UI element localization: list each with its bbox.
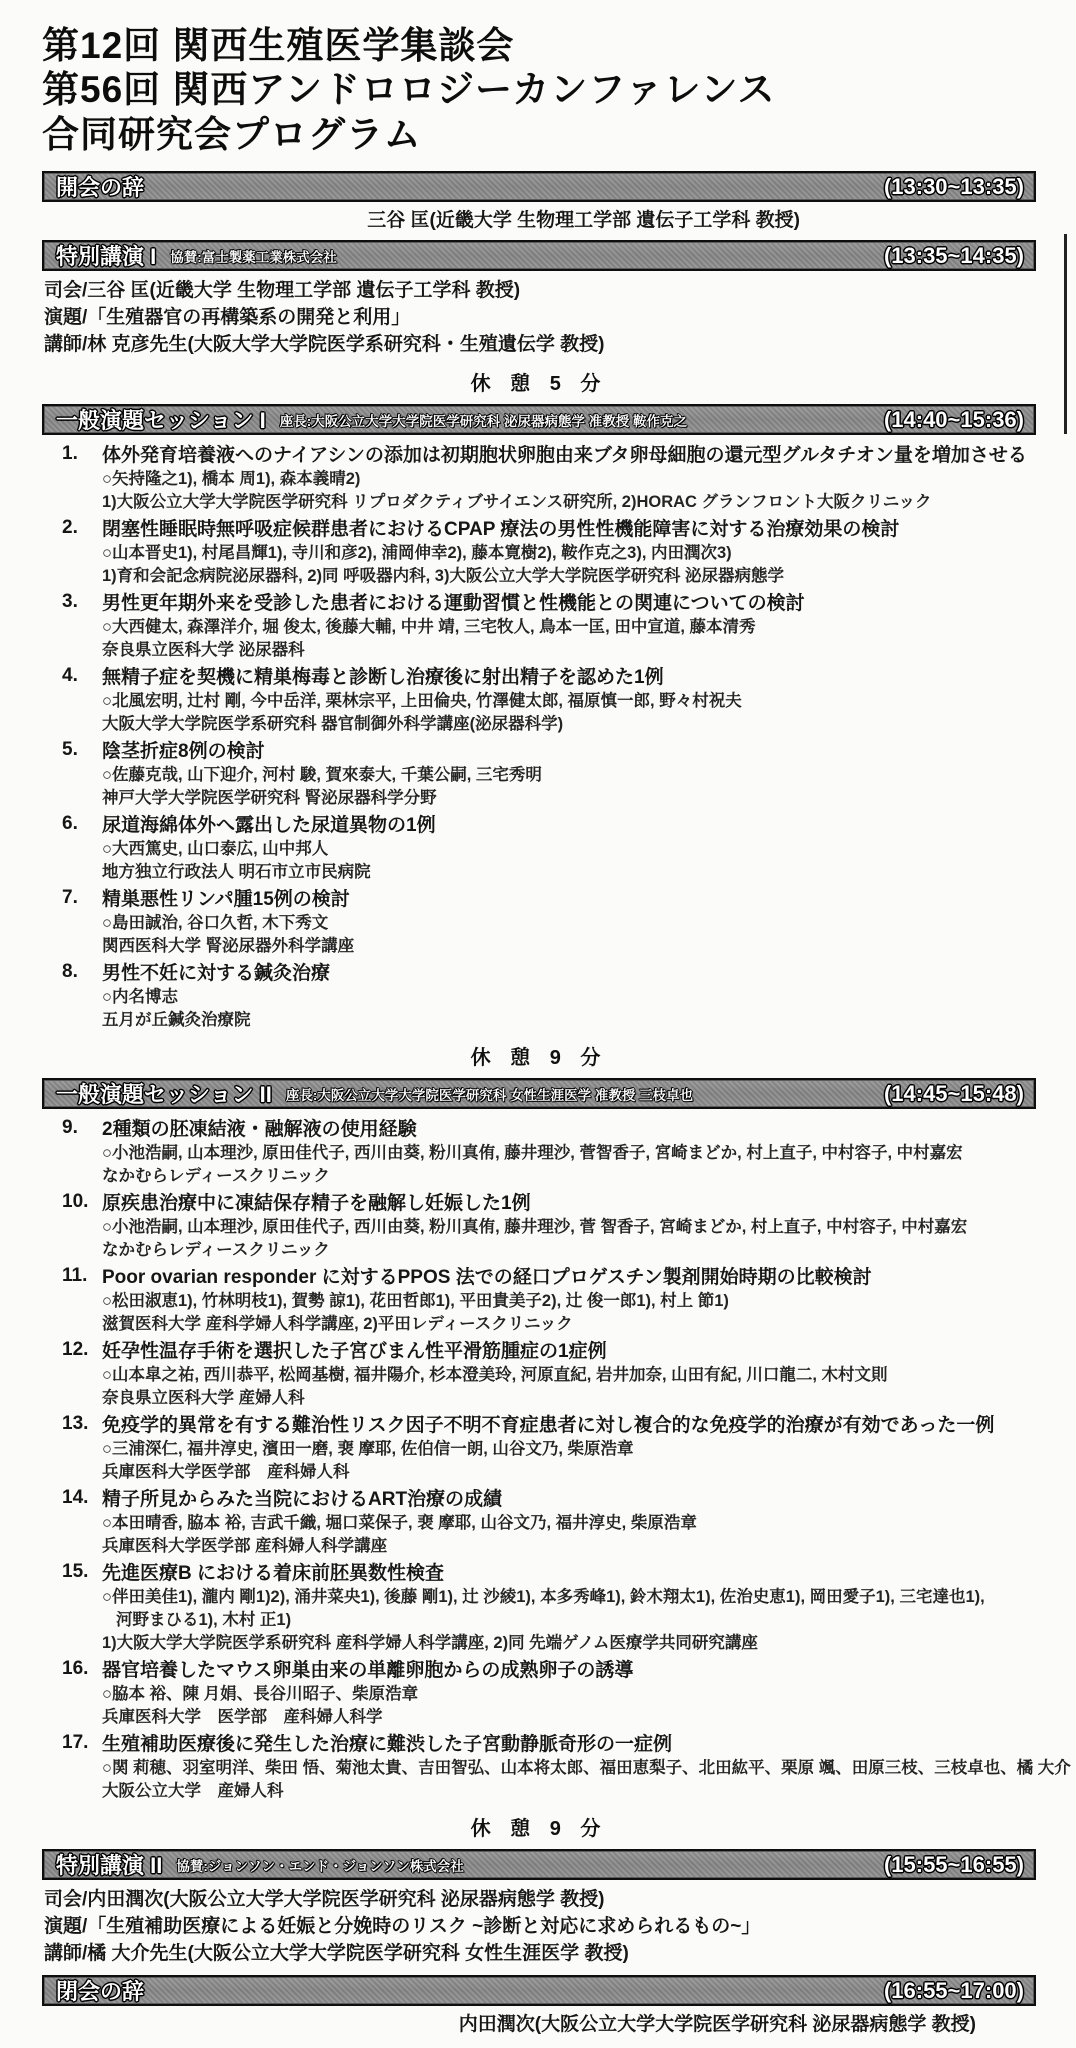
opening-section-title: 開会の辞 xyxy=(56,171,144,202)
lecture2-section-title: 特別講演 II xyxy=(56,1849,162,1880)
session1-chair: 座長:大阪公立大学大学院医学研究科 泌尿器病態学 准教授 鞍作克之 xyxy=(280,410,687,430)
main-title: 第12回 関西生殖医学集談会 第56回 関西アンドロロジーカンファレンス 合同研… xyxy=(42,24,1038,157)
abstract-number: 5. xyxy=(62,739,78,761)
abstract-number: 7. xyxy=(62,887,78,909)
abstract-title: 原疾患治療中に凍結保存精子を融解し妊娠した1例 xyxy=(102,1191,1038,1216)
closing-section-title: 閉会の辞 xyxy=(56,1975,144,2006)
session2-section-title: 一般演題セッション II xyxy=(56,1078,272,1109)
abstract-affiliation: 1)大阪公立大学大学院医学研究科 リプロダクティブサイエンス研究所, 2)HOR… xyxy=(102,491,1038,514)
section-bar-closing: 閉会の辞 (16:55~17:00) xyxy=(42,1975,1036,2006)
abstract-number: 4. xyxy=(62,665,78,687)
abstract-number: 15. xyxy=(62,1561,88,1583)
abstract-item-15: 15. 先進医療B における着床前胚異数性検査 ○伴田美佳1), 瀧内 剛1)2… xyxy=(40,1561,1038,1655)
abstract-authors: ○松田淑恵1), 竹林明枝1), 賀勢 諒1), 花田哲郎1), 平田貴美子2)… xyxy=(102,1290,1038,1313)
break-3: 休 憩 9 分 xyxy=(40,1812,1038,1841)
abstract-affiliation: 奈良県立医科大学 泌尿器科 xyxy=(102,639,1038,662)
abstract-title: 2種類の胚凍結液・融解液の使用経験 xyxy=(102,1117,1038,1142)
abstract-authors: ○本田晴香, 脇本 裕, 吉武千織, 堀口菜保子, 裵 摩耶, 山谷文乃, 福井… xyxy=(102,1512,1038,1535)
abstract-item-5: 5. 陰茎折症8例の検討 ○佐藤克哉, 山下迎介, 河村 駿, 賀來泰大, 千葉… xyxy=(40,739,1038,810)
abstract-number: 13. xyxy=(62,1413,88,1435)
abstract-authors: ○脇本 裕、陳 月娟、長谷川昭子、柴原浩章 xyxy=(102,1683,1038,1706)
lecture2-topic: 演題/「生殖補助医療による妊娠と分娩時のリスク ~診断と対応に求められるもの~」 xyxy=(44,1913,1038,1940)
lecture1-section-time: (13:35~14:35) xyxy=(884,243,1024,269)
lecture1-sponsor: 協賛:富士製薬工業株式会社 xyxy=(170,246,337,266)
abstract-authors: ○山本晋史1), 村尾昌輝1), 寺川和彦2), 浦岡伸幸2), 藤本寛樹2),… xyxy=(102,542,1038,565)
abstract-number: 1. xyxy=(62,443,78,465)
lecture2-details: 司会/内田潤次(大阪公立大学大学院医学研究科 泌尿器病態学 教授) 演題/「生殖… xyxy=(44,1886,1038,1967)
abstract-number: 8. xyxy=(62,961,78,983)
abstract-title: 生殖補助医療後に発生した治療に難渋した子宮動静脈奇形の一症例 xyxy=(102,1732,1038,1757)
lecture1-lecturer: 講師/林 克彦先生(大阪大学大学院医学系研究科・生殖遺伝学 教授) xyxy=(44,331,1038,358)
lecture2-sponsor: 協賛:ジョンソン・エンド・ジョンソン株式会社 xyxy=(176,1855,463,1875)
abstract-number: 3. xyxy=(62,591,78,613)
abstract-affiliation: 地方独立行政法人 明石市立市民病院 xyxy=(102,861,1038,884)
abstract-item-8: 8. 男性不妊に対する鍼灸治療 ○内名博志 五月が丘鍼灸治療院 xyxy=(40,961,1038,1032)
session1-section-time: (14:40~15:36) xyxy=(884,407,1024,433)
abstract-number: 9. xyxy=(62,1117,78,1139)
lecture2-moderator: 司会/内田潤次(大阪公立大学大学院医学研究科 泌尿器病態学 教授) xyxy=(44,1886,1038,1913)
break-1: 休 憩 5 分 xyxy=(40,367,1038,396)
abstract-item-17: 17. 生殖補助医療後に発生した治療に難渋した子宮動静脈奇形の一症例 ○関 莉穂… xyxy=(40,1732,1038,1803)
opening-speaker: 三谷 匡(近畿大学 生物理工学部 遺伝子工学科 教授) xyxy=(40,208,1038,234)
abstract-item-16: 16. 器官培養したマウス卵巣由来の単離卵胞からの成熟卵子の誘導 ○脇本 裕、陳… xyxy=(40,1658,1038,1729)
abstract-item-14: 14. 精子所見からみた当院におけるART治療の成績 ○本田晴香, 脇本 裕, … xyxy=(40,1487,1038,1558)
abstract-item-4: 4. 無精子症を契機に精巣梅毒と診断し治療後に射出精子を認めた1例 ○北風宏明,… xyxy=(40,665,1038,736)
abstract-authors: ○大西篤史, 山口泰広, 山中邦人 xyxy=(102,838,1038,861)
abstract-title: 先進医療B における着床前胚異数性検査 xyxy=(102,1561,1038,1586)
abstract-affiliation: 大阪大学大学院医学系研究科 器官制御外科学講座(泌尿器科学) xyxy=(102,713,1038,736)
abstract-item-1: 1. 体外発育培養液へのナイアシンの添加は初期胞状卵胞由来ブタ卵母細胞の還元型グ… xyxy=(40,443,1038,514)
abstract-affiliation: 奈良県立医科大学 産婦人科 xyxy=(102,1387,1038,1410)
abstract-title: 無精子症を契機に精巣梅毒と診断し治療後に射出精子を認めた1例 xyxy=(102,665,1038,690)
session2-chair: 座長:大阪公立大学大学院医学研究科 女性生涯医学 准教授 三枝卓也 xyxy=(286,1084,693,1104)
section-bar-session1: 一般演題セッション I 座長:大阪公立大学大学院医学研究科 泌尿器病態学 准教授… xyxy=(42,404,1036,435)
section-bar-session2: 一般演題セッション II 座長:大阪公立大学大学院医学研究科 女性生涯医学 准教… xyxy=(42,1078,1036,1109)
abstract-item-12: 12. 妊孕性温存手術を選択した子宮びまん性平滑筋腫症の1症例 ○山本皐之祐, … xyxy=(40,1339,1038,1410)
session2-section-time: (14:45~15:48) xyxy=(884,1081,1024,1107)
abstract-number: 11. xyxy=(62,1265,87,1287)
abstract-item-9: 9. 2種類の胚凍結液・融解液の使用経験 ○小池浩嗣, 山本理沙, 原田佳代子,… xyxy=(40,1117,1038,1188)
abstract-authors: ○北風宏明, 辻村 剛, 今中岳洋, 栗林宗平, 上田倫央, 竹澤健太郎, 福原… xyxy=(102,690,1038,713)
abstract-authors: ○大西健太, 森澤洋介, 堀 俊太, 後藤大輔, 中井 靖, 三宅牧人, 鳥本一… xyxy=(102,616,1038,639)
abstract-authors: ○内名博志 xyxy=(102,986,1038,1009)
abstract-affiliation: 五月が丘鍼灸治療院 xyxy=(102,1009,1038,1032)
abstract-title: 男性更年期外来を受診した患者における運動習慣と性機能との関連についての検討 xyxy=(102,591,1038,616)
abstract-number: 16. xyxy=(62,1658,88,1680)
abstract-item-2: 2. 閉塞性睡眠時無呼吸症候群患者におけるCPAP 療法の男性性機能障害に対する… xyxy=(40,517,1038,588)
section-bar-opening: 開会の辞 (13:30~13:35) xyxy=(42,171,1036,202)
abstract-title: 陰茎折症8例の検討 xyxy=(102,739,1038,764)
abstract-affiliation: 滋賀医科大学 産科学婦人科学講座, 2)平田レディースクリニック xyxy=(102,1313,1038,1336)
section-bar-lecture2: 特別講演 II 協賛:ジョンソン・エンド・ジョンソン株式会社 (15:55~16… xyxy=(42,1849,1036,1880)
abstract-title: 体外発育培養液へのナイアシンの添加は初期胞状卵胞由来ブタ卵母細胞の還元型グルタチ… xyxy=(102,443,1038,468)
abstract-item-3: 3. 男性更年期外来を受診した患者における運動習慣と性機能との関連についての検討… xyxy=(40,591,1038,662)
abstract-title: 男性不妊に対する鍼灸治療 xyxy=(102,961,1038,986)
main-title-line-1: 第12回 関西生殖医学集談会 xyxy=(42,24,1038,68)
main-title-line-3: 合同研究会プログラム xyxy=(42,113,1038,157)
session2-abstract-list: 9. 2種類の胚凍結液・融解液の使用経験 ○小池浩嗣, 山本理沙, 原田佳代子,… xyxy=(40,1117,1038,1803)
abstract-affiliation: 1)大阪大学大学院医学系研究科 産科学婦人科学講座, 2)同 先端ゲノム医療学共… xyxy=(102,1632,1038,1655)
abstract-title: 閉塞性睡眠時無呼吸症候群患者におけるCPAP 療法の男性性機能障害に対する治療効… xyxy=(102,517,1038,542)
abstract-affiliation: 兵庫医科大学医学部 産科婦人科学講座 xyxy=(102,1535,1038,1558)
closing-section-time: (16:55~17:00) xyxy=(884,1978,1024,2004)
abstract-title: 尿道海綿体外へ露出した尿道異物の1例 xyxy=(102,813,1038,838)
abstract-item-6: 6. 尿道海綿体外へ露出した尿道異物の1例 ○大西篤史, 山口泰広, 山中邦人 … xyxy=(40,813,1038,884)
abstract-affiliation: 神戸大学大学院医学研究科 腎泌尿器科学分野 xyxy=(102,787,1038,810)
abstract-authors: ○小池浩嗣, 山本理沙, 原田佳代子, 西川由葵, 粉川真侑, 藤井理沙, 菅 … xyxy=(102,1216,1038,1239)
abstract-affiliation: なかむらレディースクリニック xyxy=(102,1239,1038,1262)
scan-artifact-line xyxy=(1064,234,1067,434)
abstract-number: 14. xyxy=(62,1487,88,1509)
abstract-number: 6. xyxy=(62,813,78,835)
section-bar-lecture1: 特別講演 I 協賛:富士製薬工業株式会社 (13:35~14:35) xyxy=(42,240,1036,271)
abstract-title: 精巣悪性リンパ腫15例の検討 xyxy=(102,887,1038,912)
abstract-authors: ○小池浩嗣, 山本理沙, 原田佳代子, 西川由葵, 粉川真侑, 藤井理沙, 菅智… xyxy=(102,1142,1038,1165)
abstract-title: 器官培養したマウス卵巣由来の単離卵胞からの成熟卵子の誘導 xyxy=(102,1658,1038,1683)
abstract-title: 精子所見からみた当院におけるART治療の成績 xyxy=(102,1487,1038,1512)
abstract-item-7: 7. 精巣悪性リンパ腫15例の検討 ○島田誠治, 谷口久哲, 木下秀文 関西医科… xyxy=(40,887,1038,958)
abstract-affiliation: 兵庫医科大学医学部 産科婦人科 xyxy=(102,1461,1038,1484)
abstract-number: 2. xyxy=(62,517,78,539)
abstract-affiliation: 1)育和会記念病院泌尿器科, 2)同 呼吸器内科, 3)大阪公立大学大学院医学研… xyxy=(102,565,1038,588)
abstract-number: 10. xyxy=(62,1191,88,1213)
abstract-authors: ○矢持隆之1), 橋本 周1), 森本義晴2) xyxy=(102,468,1038,491)
session1-abstract-list: 1. 体外発育培養液へのナイアシンの添加は初期胞状卵胞由来ブタ卵母細胞の還元型グ… xyxy=(40,443,1038,1032)
abstract-number: 17. xyxy=(62,1732,88,1754)
abstract-affiliation: 関西医科大学 腎泌尿器外科学講座 xyxy=(102,935,1038,958)
lecture1-details: 司会/三谷 匡(近畿大学 生物理工学部 遺伝子工学科 教授) 演題/「生殖器官の… xyxy=(44,277,1038,358)
break-2: 休 憩 9 分 xyxy=(40,1041,1038,1070)
abstract-authors: ○佐藤克哉, 山下迎介, 河村 駿, 賀來泰大, 千葉公嗣, 三宅秀明 xyxy=(102,764,1038,787)
abstract-item-13: 13. 免疫学的異常を有する難治性リスク因子不明不育症患者に対し複合的な免疫学的… xyxy=(40,1413,1038,1484)
abstract-authors: ○島田誠治, 谷口久哲, 木下秀文 xyxy=(102,912,1038,935)
lecture1-moderator: 司会/三谷 匡(近畿大学 生物理工学部 遺伝子工学科 教授) xyxy=(44,277,1038,304)
abstract-title: Poor ovarian responder に対するPPOS 法での経口プロゲ… xyxy=(102,1265,1038,1290)
abstract-authors-cont: 河野まひる1), 木村 正1) xyxy=(102,1609,1038,1632)
opening-section-time: (13:30~13:35) xyxy=(884,174,1024,200)
session1-section-title: 一般演題セッション I xyxy=(56,404,266,435)
closing-speaker: 内田潤次(大阪公立大学大学院医学研究科 泌尿器病態学 教授) xyxy=(40,2012,1038,2038)
abstract-title: 免疫学的異常を有する難治性リスク因子不明不育症患者に対し複合的な免疫学的治療が有… xyxy=(102,1413,1038,1438)
abstract-authors: ○関 莉穂、羽室明洋、柴田 悟、菊池太貴、吉田智弘、山本将太郎、福田恵梨子、北田… xyxy=(102,1757,1038,1780)
abstract-authors: ○伴田美佳1), 瀧内 剛1)2), 涌井菜央1), 後藤 剛1), 辻 沙綾1… xyxy=(102,1586,1038,1609)
abstract-item-10: 10. 原疾患治療中に凍結保存精子を融解し妊娠した1例 ○小池浩嗣, 山本理沙,… xyxy=(40,1191,1038,1262)
abstract-affiliation: 大阪公立大学 産婦人科 xyxy=(102,1780,1038,1803)
abstract-item-11: 11. Poor ovarian responder に対するPPOS 法での経… xyxy=(40,1265,1038,1336)
program-page: 第12回 関西生殖医学集談会 第56回 関西アンドロロジーカンファレンス 合同研… xyxy=(0,0,1076,2048)
abstract-affiliation: なかむらレディースクリニック xyxy=(102,1165,1038,1188)
abstract-number: 12. xyxy=(62,1339,88,1361)
lecture2-section-time: (15:55~16:55) xyxy=(884,1852,1024,1878)
abstract-authors: ○山本皐之祐, 西川恭平, 松岡基樹, 福井陽介, 杉本澄美玲, 河原直紀, 岩… xyxy=(102,1364,1038,1387)
lecture1-topic: 演題/「生殖器官の再構築系の開発と利用」 xyxy=(44,304,1038,331)
abstract-title: 妊孕性温存手術を選択した子宮びまん性平滑筋腫症の1症例 xyxy=(102,1339,1038,1364)
abstract-authors: ○三浦深仁, 福井淳史, 濱田一磨, 裵 摩耶, 佐伯信一朗, 山谷文乃, 柴原… xyxy=(102,1438,1038,1461)
lecture2-lecturer: 講師/橘 大介先生(大阪公立大学大学院医学研究科 女性生涯医学 教授) xyxy=(44,1940,1038,1967)
main-title-line-2: 第56回 関西アンドロロジーカンファレンス xyxy=(42,68,1038,112)
abstract-affiliation: 兵庫医科大学 医学部 産科婦人科学 xyxy=(102,1706,1038,1729)
lecture1-section-title: 特別講演 I xyxy=(56,240,156,271)
